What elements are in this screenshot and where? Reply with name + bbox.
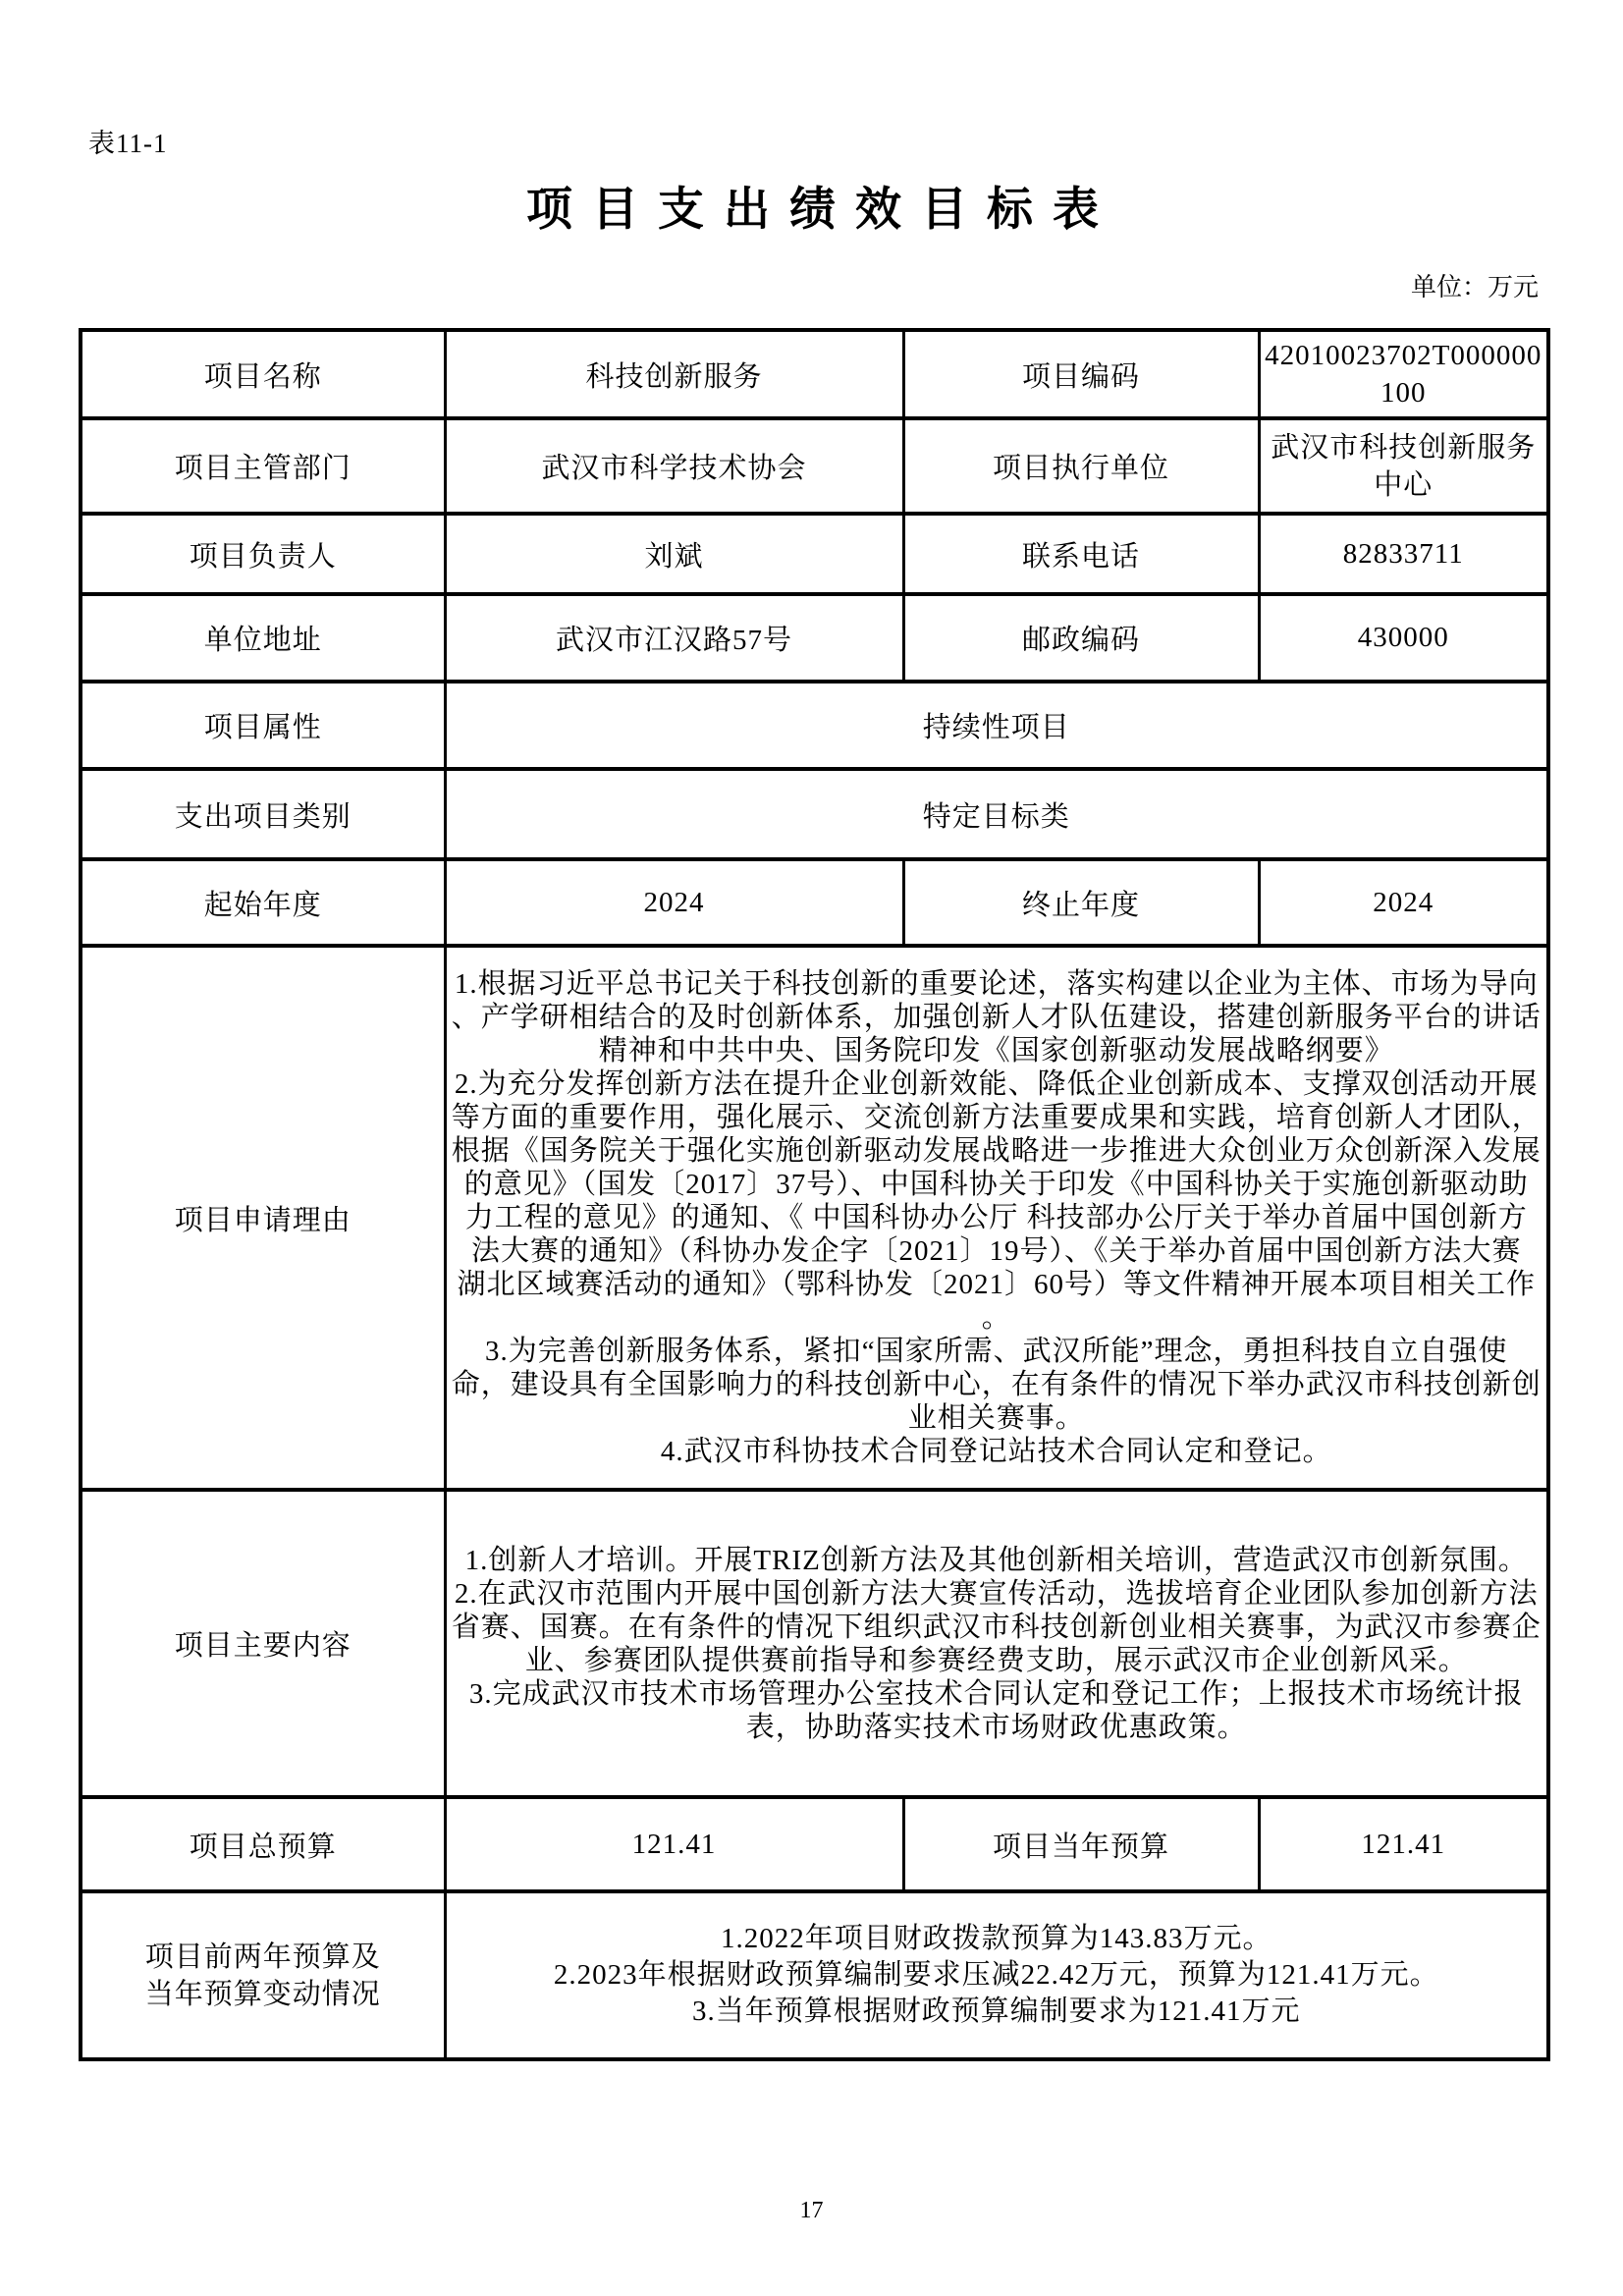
page-title: 项目支出绩效目标表 (79, 173, 1546, 239)
page-number: 17 (0, 2198, 1623, 2224)
table-row: 项目申请理由 1.根据习近平总书记关于科技创新的重要论述，落实构建以企业为主体、… (81, 946, 1548, 1490)
postcode-value: 430000 (1259, 594, 1548, 682)
phone-label: 联系电话 (903, 514, 1259, 594)
performance-target-table: 项目名称 科技创新服务 项目编码 42010023702T000000100 项… (79, 328, 1550, 2061)
table-number-label: 表11-1 (88, 122, 168, 160)
category-label: 支出项目类别 (81, 769, 445, 859)
start-year-label: 起始年度 (81, 859, 445, 946)
prev-budget-text: 1.2022年项目财政拨款预算为143.83万元。 2.2023年根据财政预算编… (445, 1891, 1548, 2059)
dept-label: 项目主管部门 (81, 418, 445, 514)
table-row: 项目前两年预算及 当年预算变动情况 1.2022年项目财政拨款预算为143.83… (81, 1891, 1548, 2059)
project-name-value: 科技创新服务 (445, 330, 903, 418)
end-year-label: 终止年度 (903, 859, 1259, 946)
prev-budget-label: 项目前两年预算及 当年预算变动情况 (81, 1891, 445, 2059)
address-label: 单位地址 (81, 594, 445, 682)
table-row: 项目主要内容 1.创新人才培训。开展TRIZ创新方法及其他创新相关培训，营造武汉… (81, 1490, 1548, 1797)
table-row: 项目属性 持续性项目 (81, 682, 1548, 769)
executor-label: 项目执行单位 (903, 418, 1259, 514)
current-budget-label: 项目当年预算 (903, 1797, 1259, 1891)
main-content-text: 1.创新人才培训。开展TRIZ创新方法及其他创新相关培训，营造武汉市创新氛围。 … (445, 1490, 1548, 1797)
table-row: 支出项目类别 特定目标类 (81, 769, 1548, 859)
leader-label: 项目负责人 (81, 514, 445, 594)
project-code-value: 42010023702T000000100 (1259, 330, 1548, 418)
address-value: 武汉市江汉路57号 (445, 594, 903, 682)
table-row: 项目负责人 刘斌 联系电话 82833711 (81, 514, 1548, 594)
table-row: 起始年度 2024 终止年度 2024 (81, 859, 1548, 946)
end-year-value: 2024 (1259, 859, 1548, 946)
apply-reason-label: 项目申请理由 (81, 946, 445, 1490)
table-row: 单位地址 武汉市江汉路57号 邮政编码 430000 (81, 594, 1548, 682)
current-budget-value: 121.41 (1259, 1797, 1548, 1891)
table-row: 项目总预算 121.41 项目当年预算 121.41 (81, 1797, 1548, 1891)
phone-value: 82833711 (1259, 514, 1548, 594)
project-name-label: 项目名称 (81, 330, 445, 418)
apply-reason-text: 1.根据习近平总书记关于科技创新的重要论述，落实构建以企业为主体、市场为导向 、… (445, 946, 1548, 1490)
attribute-value: 持续性项目 (445, 682, 1548, 769)
main-content-label: 项目主要内容 (81, 1490, 445, 1797)
table-row: 项目主管部门 武汉市科学技术协会 项目执行单位 武汉市科技创新服务中心 (81, 418, 1548, 514)
leader-value: 刘斌 (445, 514, 903, 594)
category-value: 特定目标类 (445, 769, 1548, 859)
table-row: 项目名称 科技创新服务 项目编码 42010023702T000000100 (81, 330, 1548, 418)
postcode-label: 邮政编码 (903, 594, 1259, 682)
unit-note: 单位：万元 (79, 267, 1539, 303)
executor-value: 武汉市科技创新服务中心 (1259, 418, 1548, 514)
total-budget-value: 121.41 (445, 1797, 903, 1891)
start-year-value: 2024 (445, 859, 903, 946)
project-code-label: 项目编码 (903, 330, 1259, 418)
dept-value: 武汉市科学技术协会 (445, 418, 903, 514)
total-budget-label: 项目总预算 (81, 1797, 445, 1891)
attribute-label: 项目属性 (81, 682, 445, 769)
